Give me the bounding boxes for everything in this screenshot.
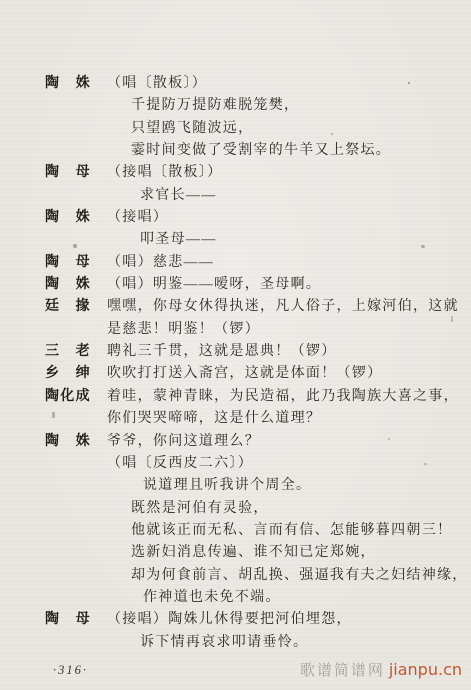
page-number: ·316· bbox=[53, 663, 88, 678]
dialogue-text: （唱）慈悲—— bbox=[107, 255, 214, 270]
lyric-line: 作神道也未免不端。 bbox=[0, 587, 471, 609]
dialogue-continuation: 你们哭哭啼啼，这是什么道理？ bbox=[0, 408, 471, 430]
speaker-name: 陶 姝 bbox=[45, 431, 107, 453]
script-line: 陶 母（接唱〔散板〕） bbox=[0, 162, 471, 184]
script-line: 陶 姝（接唱） bbox=[0, 207, 471, 229]
watermark: 歌谱简谱网 jianpu.cn bbox=[300, 659, 462, 680]
speaker-name: 陶 姝 bbox=[45, 274, 107, 296]
lyric-line: 求官长—— bbox=[0, 185, 471, 207]
speaker-name: 陶 母 bbox=[45, 162, 107, 184]
lyric-line: 却为何食前言、胡乱换、强逼我有夫之妇结神缘， bbox=[0, 565, 471, 587]
lyric-line: 诉下情再哀求叩请垂怜。 bbox=[0, 632, 471, 654]
script-body: 陶 姝（唱〔散板〕） 千提防万提防难脱笼樊， 只望鸥飞随波远， 霎时间变做了受割… bbox=[0, 73, 471, 654]
dialogue-text: 聘礼三千贯，这就是恩典！（锣） bbox=[107, 344, 337, 359]
lyric-text: 却为何食前言、胡乱换、强逼我有夫之妇结神缘， bbox=[131, 568, 468, 583]
script-line: 乡 绅吹吹打打送入斋宫，这就是体面！（锣） bbox=[0, 363, 471, 385]
print-speck bbox=[52, 412, 55, 418]
dialogue-text: 吹吹打打送入斋宫，这就是体面！（锣） bbox=[107, 366, 382, 381]
print-speck bbox=[331, 133, 333, 135]
watermark-site-domain: jianpu.cn bbox=[389, 660, 462, 679]
print-speck bbox=[408, 82, 410, 84]
script-line: 陶 母（接唱）陶姝儿休得要把河伯埋怨， bbox=[0, 609, 471, 631]
dialogue-text: 着哇，蒙神青睐，为民造福，此乃我陶族大喜之事， bbox=[107, 389, 459, 404]
lyric-text: 霎时间变做了受割宰的牛羊又上祭坛。 bbox=[131, 143, 391, 158]
lyric-text: 求官长—— bbox=[140, 188, 217, 203]
lyric-line: 千提防万提防难脱笼樊， bbox=[0, 95, 471, 117]
lyric-line: 选新妇消息传遍、谁不知已定郑婉， bbox=[0, 542, 471, 564]
print-speck bbox=[451, 316, 453, 322]
dialogue-text: 你们哭哭啼啼，这是什么道理？ bbox=[107, 411, 321, 426]
script-line: 陶 母（唱）慈悲—— bbox=[0, 252, 471, 274]
dialogue-text: 是慈悲！明鉴！（锣） bbox=[107, 322, 260, 337]
stage-direction: （唱〔反西皮二六〕） bbox=[107, 456, 253, 471]
speaker-name: 陶 姝 bbox=[45, 73, 107, 95]
stage-direction: （接唱） bbox=[107, 210, 168, 225]
print-speck bbox=[421, 245, 425, 248]
speaker-name: 陶化成 bbox=[45, 386, 107, 408]
script-line: 陶 姝爷爷，你问这道理么？ bbox=[0, 431, 471, 453]
lyric-line: 他就该正而无私、言而有信、怎能够暮四朝三！ bbox=[0, 520, 471, 542]
dialogue-continuation: 是慈悲！明鉴！（锣） bbox=[0, 319, 471, 341]
lyric-text: 他就该正而无私、言而有信、怎能够暮四朝三！ bbox=[131, 523, 452, 538]
lyric-text: 选新妇消息传遍、谁不知已定郑婉， bbox=[131, 545, 376, 560]
lyric-line: 叩圣母—— bbox=[0, 229, 471, 251]
lyric-text: 叩圣母—— bbox=[140, 232, 217, 247]
script-line: 廷 掾嘿嘿，你母女休得执迷，凡人俗子，上嫁河伯，这就 bbox=[0, 296, 471, 318]
lyric-text: 千提防万提防难脱笼樊， bbox=[131, 98, 299, 113]
lyric-text: 作神道也未免不端。 bbox=[143, 590, 281, 605]
print-speck bbox=[73, 244, 77, 248]
speaker-name: 陶 母 bbox=[45, 252, 107, 274]
speaker-name: 乡 绅 bbox=[45, 363, 107, 385]
stage-direction-line: （唱〔反西皮二六〕） bbox=[0, 453, 471, 475]
lyric-line: 说道理且听我讲个周全。 bbox=[0, 475, 471, 497]
script-line: 陶 姝（唱）明鉴——嗳呀，圣母啊。 bbox=[0, 274, 471, 296]
speaker-name: 陶 母 bbox=[45, 609, 107, 631]
script-line: 三 老聘礼三千贯，这就是恩典！（锣） bbox=[0, 341, 471, 363]
script-line: 陶化成着哇，蒙神青睐，为民造福，此乃我陶族大喜之事， bbox=[0, 386, 471, 408]
lyric-text: 只望鸥飞随波远， bbox=[131, 121, 253, 136]
dialogue-text: （接唱）陶姝儿休得要把河伯埋怨， bbox=[107, 612, 352, 627]
dialogue-text: （唱）明鉴——嗳呀，圣母啊。 bbox=[107, 277, 321, 292]
script-line: 陶 姝（唱〔散板〕） bbox=[0, 73, 471, 95]
watermark-site-name: 歌谱简谱网 bbox=[300, 663, 385, 679]
stage-direction: （接唱〔散板〕） bbox=[107, 165, 222, 180]
speaker-name: 廷 掾 bbox=[45, 296, 107, 318]
lyric-text: 既然是河伯有灵验， bbox=[131, 501, 269, 516]
print-speck bbox=[388, 438, 390, 440]
stage-direction: （唱〔散板〕） bbox=[107, 76, 207, 91]
speaker-name: 三 老 bbox=[45, 341, 107, 363]
scanned-script-page: { "lines": [ {"speaker": "陶 姝", "text": … bbox=[0, 0, 471, 690]
lyric-text: 诉下情再哀求叩请垂怜。 bbox=[140, 635, 308, 650]
speaker-name: 陶 姝 bbox=[45, 207, 107, 229]
lyric-line: 只望鸥飞随波远， bbox=[0, 118, 471, 140]
dialogue-text: 嘿嘿，你母女休得执迷，凡人俗子，上嫁河伯，这就 bbox=[107, 299, 459, 314]
lyric-line: 霎时间变做了受割宰的牛羊又上祭坛。 bbox=[0, 140, 471, 162]
print-speck bbox=[424, 463, 427, 465]
dialogue-text: 爷爷，你问这道理么？ bbox=[107, 434, 260, 449]
lyric-line: 既然是河伯有灵验， bbox=[0, 498, 471, 520]
lyric-text: 说道理且听我讲个周全。 bbox=[143, 478, 311, 493]
